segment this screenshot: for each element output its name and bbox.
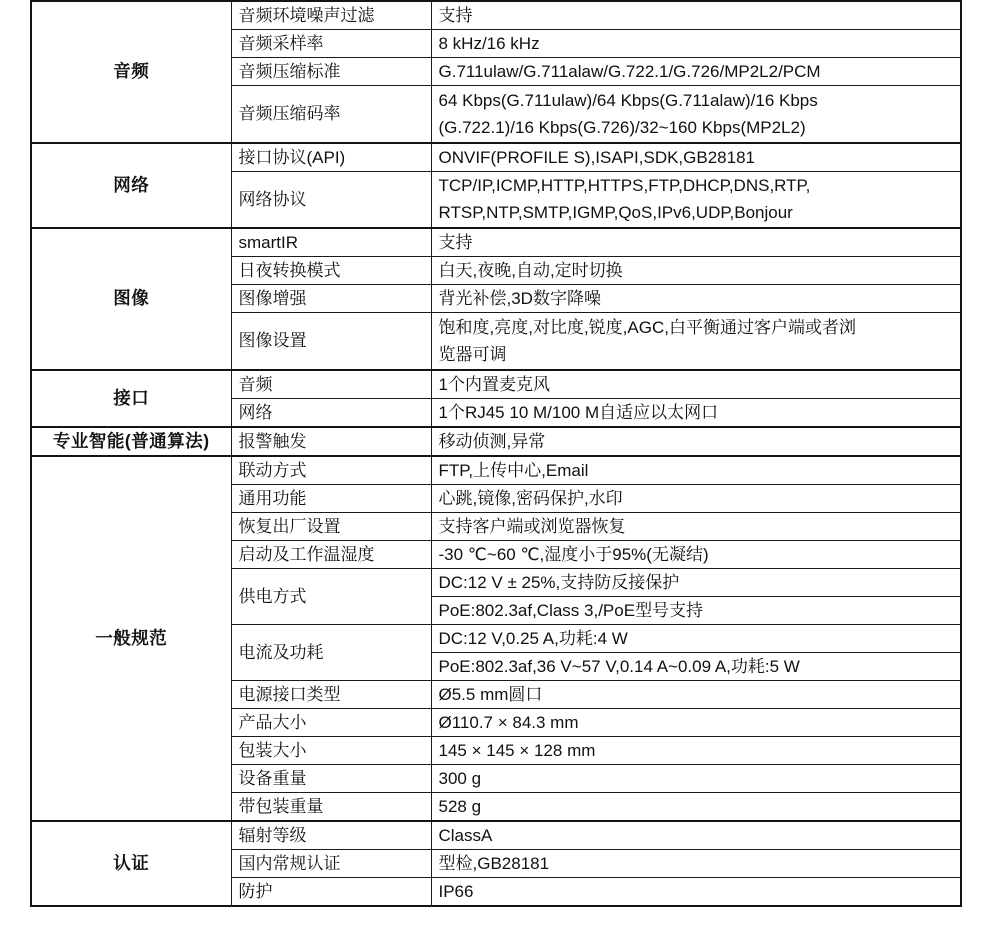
value-cell: 64 Kbps(G.711ulaw)/64 Kbps(G.711alaw)/16… xyxy=(431,86,961,143)
value-cell: 型检,GB28181 xyxy=(431,849,961,877)
value-cell: 8 kHz/16 kHz xyxy=(431,30,961,58)
param-cell: 国内常规认证 xyxy=(231,849,431,877)
category-cell: 网络 xyxy=(31,143,231,229)
value-cell: 移动侦测,异常 xyxy=(431,427,961,456)
category-cell: 接口 xyxy=(31,370,231,427)
value-cell: IP66 xyxy=(431,877,961,906)
param-cell: 设备重量 xyxy=(231,764,431,792)
value-cell: DC:12 V,0.25 A,功耗:4 W xyxy=(431,624,961,652)
value-cell: 饱和度,亮度,对比度,锐度,AGC,白平衡通过客户端或者浏 览器可调 xyxy=(431,313,961,370)
value-cell: 300 g xyxy=(431,764,961,792)
table-row: 专业智能(普通算法)报警触发移动侦测,异常 xyxy=(31,427,961,456)
category-cell: 音频 xyxy=(31,1,231,143)
table-row: 一般规范联动方式FTP,上传中心,Email xyxy=(31,456,961,485)
category-cell: 专业智能(普通算法) xyxy=(31,427,231,456)
value-cell: PoE:802.3af,36 V~57 V,0.14 A~0.09 A,功耗:5… xyxy=(431,652,961,680)
value-cell: 支持 xyxy=(431,228,961,257)
value-cell: 145 × 145 × 128 mm xyxy=(431,736,961,764)
value-cell: 支持客户端或浏览器恢复 xyxy=(431,512,961,540)
table-row: 音频音频环境噪声过滤支持 xyxy=(31,1,961,30)
param-cell: 产品大小 xyxy=(231,708,431,736)
param-cell: 电源接口类型 xyxy=(231,680,431,708)
param-cell: smartIR xyxy=(231,228,431,257)
param-cell: 通用功能 xyxy=(231,484,431,512)
value-cell: 心跳,镜像,密码保护,水印 xyxy=(431,484,961,512)
param-cell: 报警触发 xyxy=(231,427,431,456)
param-cell: 恢复出厂设置 xyxy=(231,512,431,540)
product-spec-table: 音频音频环境噪声过滤支持音频采样率8 kHz/16 kHz音频压缩标准G.711… xyxy=(30,0,962,907)
category-cell: 认证 xyxy=(31,821,231,906)
value-cell: 528 g xyxy=(431,792,961,821)
value-cell: 背光补偿,3D数字降噪 xyxy=(431,285,961,313)
value-cell: G.711ulaw/G.711alaw/G.722.1/G.726/MP2L2/… xyxy=(431,58,961,86)
param-cell: 包装大小 xyxy=(231,736,431,764)
value-cell: 1个内置麦克风 xyxy=(431,370,961,399)
table-row: 网络接口协议(API)ONVIF(PROFILE S),ISAPI,SDK,GB… xyxy=(31,143,961,172)
param-cell: 音频 xyxy=(231,370,431,399)
param-cell: 图像增强 xyxy=(231,285,431,313)
param-cell: 图像设置 xyxy=(231,313,431,370)
category-cell: 一般规范 xyxy=(31,456,231,821)
param-cell: 音频压缩标准 xyxy=(231,58,431,86)
param-cell: 音频采样率 xyxy=(231,30,431,58)
param-cell: 带包装重量 xyxy=(231,792,431,821)
value-cell: PoE:802.3af,Class 3,/PoE型号支持 xyxy=(431,596,961,624)
spec-sheet-page: 音频音频环境噪声过滤支持音频采样率8 kHz/16 kHz音频压缩标准G.711… xyxy=(0,0,990,940)
param-cell: 辐射等级 xyxy=(231,821,431,850)
value-cell: 支持 xyxy=(431,1,961,30)
value-cell: Ø110.7 × 84.3 mm xyxy=(431,708,961,736)
param-cell: 供电方式 xyxy=(231,568,431,624)
param-cell: 音频压缩码率 xyxy=(231,86,431,143)
param-cell: 防护 xyxy=(231,877,431,906)
value-cell: FTP,上传中心,Email xyxy=(431,456,961,485)
table-row: 认证辐射等级ClassA xyxy=(31,821,961,850)
value-cell: 白天,夜晚,自动,定时切换 xyxy=(431,257,961,285)
table-row: 图像smartIR支持 xyxy=(31,228,961,257)
table-row: 接口音频1个内置麦克风 xyxy=(31,370,961,399)
spec-table-container: 音频音频环境噪声过滤支持音频采样率8 kHz/16 kHz音频压缩标准G.711… xyxy=(0,0,990,907)
param-cell: 音频环境噪声过滤 xyxy=(231,1,431,30)
param-cell: 启动及工作温湿度 xyxy=(231,540,431,568)
param-cell: 网络 xyxy=(231,398,431,427)
category-cell: 图像 xyxy=(31,228,231,370)
value-cell: -30 ℃~60 ℃,湿度小于95%(无凝结) xyxy=(431,540,961,568)
param-cell: 网络协议 xyxy=(231,171,431,228)
param-cell: 电流及功耗 xyxy=(231,624,431,680)
value-cell: ClassA xyxy=(431,821,961,850)
value-cell: 1个RJ45 10 M/100 M自适应以太网口 xyxy=(431,398,961,427)
param-cell: 联动方式 xyxy=(231,456,431,485)
value-cell: ONVIF(PROFILE S),ISAPI,SDK,GB28181 xyxy=(431,143,961,172)
value-cell: DC:12 V ± 25%,支持防反接保护 xyxy=(431,568,961,596)
param-cell: 接口协议(API) xyxy=(231,143,431,172)
value-cell: Ø5.5 mm圆口 xyxy=(431,680,961,708)
value-cell: TCP/IP,ICMP,HTTP,HTTPS,FTP,DHCP,DNS,RTP,… xyxy=(431,171,961,228)
param-cell: 日夜转换模式 xyxy=(231,257,431,285)
